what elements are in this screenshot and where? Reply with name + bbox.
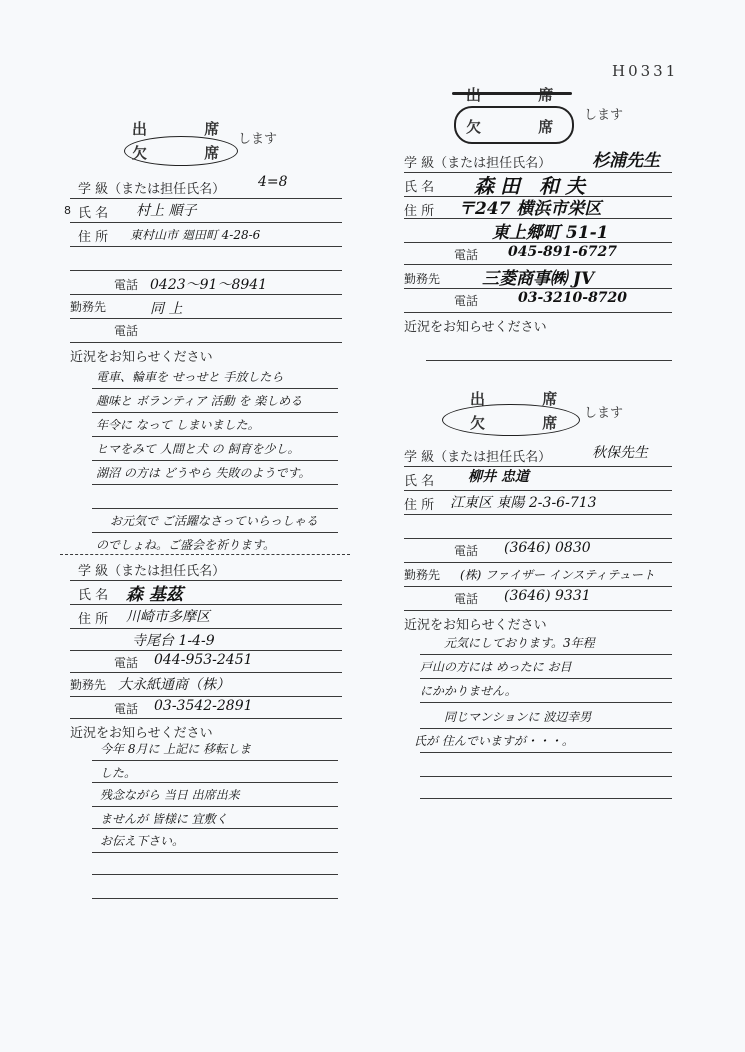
name-value: 村上 順子: [136, 200, 196, 220]
class-label: 学 級（または担任氏名）: [404, 152, 551, 171]
news-label: 近況をお知らせください: [70, 346, 213, 365]
divider: [92, 760, 338, 761]
news-line: お伝え下さい。: [100, 832, 184, 849]
workplace-label: 勤務先: [70, 298, 106, 315]
card-separator: [60, 554, 350, 555]
workplace-phone-value: (3646) 9331: [504, 588, 591, 604]
divider: [404, 610, 672, 611]
divider: [92, 532, 338, 533]
address-line-1: 〒247 横浜市栄区: [458, 194, 601, 219]
name-label: 氏 名: [404, 470, 434, 489]
divider: [70, 318, 342, 319]
phone-value: 0423～91～8941: [150, 274, 267, 294]
divider: [92, 436, 338, 437]
divider: [70, 342, 342, 343]
news-line: 今年 8月に 上記に 移転しま: [100, 740, 251, 757]
name-label: 氏 名: [404, 176, 434, 195]
attendance-suffix: します: [584, 402, 623, 421]
absent-selection-circle: [124, 136, 238, 166]
divider: [404, 586, 672, 587]
divider: [92, 828, 338, 829]
phone-label: 電話: [114, 654, 138, 671]
phone-label: 電話: [114, 276, 138, 293]
divider: [420, 702, 672, 703]
name-label: 氏 名: [78, 202, 108, 221]
name-value: 森 基茲: [126, 580, 183, 605]
divider: [420, 654, 672, 655]
attend-strikethrough: [452, 92, 572, 95]
news-label: 近況をお知らせください: [70, 722, 213, 741]
address-label: 住 所: [404, 200, 434, 219]
workplace-value: (株) ファイザー インスティテュート: [460, 566, 655, 583]
class-value: 4=8: [258, 174, 288, 190]
address-label: 住 所: [78, 608, 108, 627]
phone-value: 044-953-2451: [154, 652, 253, 668]
address-line-1: 川崎市多摩区: [126, 606, 210, 626]
divider: [70, 270, 342, 271]
news-label: 近況をお知らせください: [404, 614, 547, 633]
phone-value: (3646) 0830: [504, 540, 591, 556]
news-line: にかかりません。: [420, 682, 517, 699]
workplace-phone-value: 03-3542-2891: [154, 698, 253, 714]
workplace-phone-label: 電話: [114, 700, 138, 717]
divider: [420, 728, 672, 729]
divider: [404, 242, 672, 243]
divider: [420, 776, 672, 777]
news-line: ませんが 皆様に 宜敷く: [100, 810, 228, 827]
news-line: お元気で ご活躍なさっていらっしゃる: [110, 512, 318, 529]
news-line: ヒマをみて 人間と犬 の 飼育を少し。: [96, 440, 299, 457]
divider: [420, 798, 672, 799]
news-line: 氏が 住んでいますが・・・。: [414, 732, 574, 749]
document-id: H0331: [612, 62, 678, 80]
phone-label: 電話: [454, 246, 478, 263]
news-line: した。: [100, 764, 136, 781]
address-label: 住 所: [78, 226, 108, 245]
divider: [426, 360, 672, 361]
name-value: 柳井 忠道: [468, 466, 529, 486]
news-line: 元気にしております。3年程: [444, 634, 595, 651]
class-label: 学 級（または担任氏名）: [78, 178, 225, 197]
phone-label: 電話: [454, 542, 478, 559]
divider: [404, 562, 672, 563]
workplace-value: 三菱商事㈱ JV: [482, 264, 594, 289]
attendance-suffix: します: [584, 104, 623, 123]
address-line-2: 寺尾台 1-4-9: [132, 630, 215, 650]
divider: [70, 222, 342, 223]
class-label: 学 級（または担任氏名）: [78, 560, 225, 579]
divider: [404, 514, 672, 515]
address-line-1: 東村山市 廻田町 4-28-6: [130, 226, 260, 243]
phone-value: 045-891-6727: [508, 244, 617, 260]
divider: [70, 580, 342, 581]
divider: [70, 718, 342, 719]
name-prefix: 8: [64, 204, 71, 217]
workplace-label: 勤務先: [404, 566, 440, 583]
divider: [92, 508, 338, 509]
workplace-label: 勤務先: [70, 676, 106, 693]
divider: [70, 672, 342, 673]
workplace-phone-label: 電話: [114, 322, 138, 339]
divider: [92, 852, 338, 853]
news-line: 戸山の方には めったに お目: [420, 658, 572, 675]
divider: [420, 678, 672, 679]
divider: [404, 490, 672, 491]
workplace-label: 勤務先: [404, 270, 440, 287]
address-line-1: 江東区 東陽 2-3-6-713: [450, 492, 597, 512]
divider: [70, 294, 342, 295]
divider: [92, 484, 338, 485]
divider: [404, 466, 672, 467]
divider: [92, 898, 338, 899]
class-value: 杉浦先生: [592, 146, 660, 171]
divider: [70, 696, 342, 697]
divider: [404, 538, 672, 539]
news-line: のでしょね。ご盛会を祈ります。: [96, 536, 275, 553]
workplace-phone-value: 03-3210-8720: [518, 290, 627, 306]
class-label: 学 級（または担任氏名）: [404, 446, 551, 465]
workplace-value: 大永紙通商（株）: [118, 674, 230, 694]
divider: [404, 312, 672, 313]
divider: [70, 198, 342, 199]
absent-selection-circle: [454, 106, 574, 144]
divider: [92, 388, 338, 389]
divider: [92, 412, 338, 413]
news-line: 同じマンションに 波辺幸男: [444, 708, 591, 725]
divider: [70, 246, 342, 247]
divider: [92, 460, 338, 461]
divider: [92, 806, 338, 807]
address-label: 住 所: [404, 494, 434, 513]
divider: [420, 752, 672, 753]
news-line: 年令に なって しまいました。: [96, 416, 260, 433]
news-line: 湖沼 の方は どうやら 失敗のようです。: [96, 464, 311, 481]
workplace-value: 同 上: [150, 298, 182, 318]
news-line: 電車、輪車を せっせと 手放したら: [96, 368, 283, 385]
divider: [70, 628, 342, 629]
news-line: 残念ながら 当日 出席出来: [100, 786, 240, 803]
name-label: 氏 名: [78, 584, 108, 603]
divider: [92, 874, 338, 875]
divider: [92, 782, 338, 783]
divider: [70, 650, 342, 651]
news-label: 近況をお知らせください: [404, 316, 547, 335]
divider: [70, 604, 342, 605]
news-line: 趣味と ボランティア 活動 を 楽しめる: [96, 392, 302, 409]
address-line-2: 東上郷町 51-1: [492, 218, 608, 243]
workplace-phone-label: 電話: [454, 292, 478, 309]
divider: [404, 288, 672, 289]
absent-selection-circle: [442, 404, 580, 436]
workplace-phone-label: 電話: [454, 590, 478, 607]
class-value: 秋保先生: [592, 442, 648, 462]
